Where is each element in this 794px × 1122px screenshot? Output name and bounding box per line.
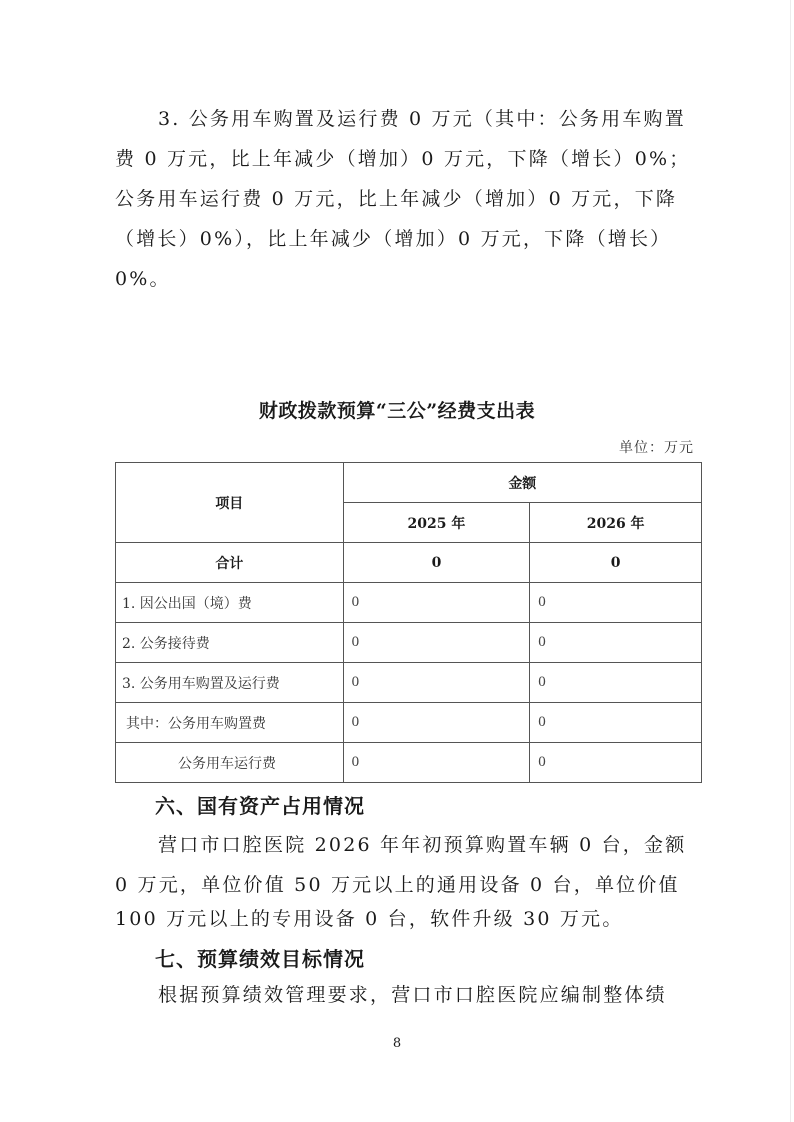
- unit-label: 单位：万元: [619, 437, 694, 457]
- text-line: （增长）0%），比上年减少（增加）0 万元，下降（增长）: [115, 224, 671, 251]
- row-label: 其中：公务用车购置费: [116, 703, 344, 743]
- table-row: 其中：公务用车购置费 0 0: [116, 703, 702, 743]
- text-line: 公务用车运行费 0 万元，比上年减少（增加）0 万元，下降: [115, 184, 677, 211]
- text-line: 0 万元，单位价值 50 万元以上的通用设备 0 台，单位价值: [115, 870, 680, 897]
- row-2025: 0: [343, 623, 530, 663]
- table-title: 财政拨款预算“三公”经费支出表: [0, 396, 794, 423]
- three-public-expenses-table: 项目 金额 2025 年 2026 年 合计 0 0 1. 因公出国（境）费 0…: [115, 462, 702, 783]
- row-label: 公务用车运行费: [116, 743, 344, 783]
- row-2026: 0: [530, 663, 702, 703]
- row-2025: 0: [343, 583, 530, 623]
- header-year-2025: 2025 年: [343, 503, 530, 543]
- table-row: 3. 公务用车购置及运行费 0 0: [116, 663, 702, 703]
- text-line: 营口市口腔医院 2026 年年初预算购置车辆 0 台，金额: [158, 830, 686, 857]
- total-label: 合计: [116, 543, 344, 583]
- section-7-heading: 七、预算绩效目标情况: [155, 943, 365, 972]
- total-2026: 0: [530, 543, 702, 583]
- row-label: 3. 公务用车购置及运行费: [116, 663, 344, 703]
- section-6-heading: 六、国有资产占用情况: [155, 790, 365, 819]
- table-row: 公务用车运行费 0 0: [116, 743, 702, 783]
- row-label: 1. 因公出国（境）费: [116, 583, 344, 623]
- page-number: 8: [0, 1036, 794, 1051]
- scan-edge: [790, 0, 791, 1122]
- row-2025: 0: [343, 743, 530, 783]
- total-row: 合计 0 0: [116, 543, 702, 583]
- text-line: 根据预算绩效管理要求，营口市口腔医院应编制整体绩: [158, 980, 667, 1007]
- text-line: 3. 公务用车购置及运行费 0 万元（其中：公务用车购置: [158, 104, 686, 131]
- table-row: 1. 因公出国（境）费 0 0: [116, 583, 702, 623]
- row-label: 2. 公务接待费: [116, 623, 344, 663]
- header-row-1: 项目 金额: [116, 463, 702, 503]
- header-amount: 金额: [343, 463, 701, 503]
- row-2025: 0: [343, 663, 530, 703]
- total-2025: 0: [343, 543, 530, 583]
- row-2025: 0: [343, 703, 530, 743]
- text-line: 费 0 万元，比上年减少（增加）0 万元，下降（增长）0%；: [115, 144, 690, 171]
- row-2026: 0: [530, 623, 702, 663]
- header-item: 项目: [116, 463, 344, 543]
- table-row: 2. 公务接待费 0 0: [116, 623, 702, 663]
- row-2026: 0: [530, 583, 702, 623]
- header-year-2026: 2026 年: [530, 503, 702, 543]
- row-2026: 0: [530, 743, 702, 783]
- text-line: 0%。: [115, 264, 171, 291]
- text-line: 100 万元以上的专用设备 0 台，软件升级 30 万元。: [115, 904, 624, 931]
- row-2026: 0: [530, 703, 702, 743]
